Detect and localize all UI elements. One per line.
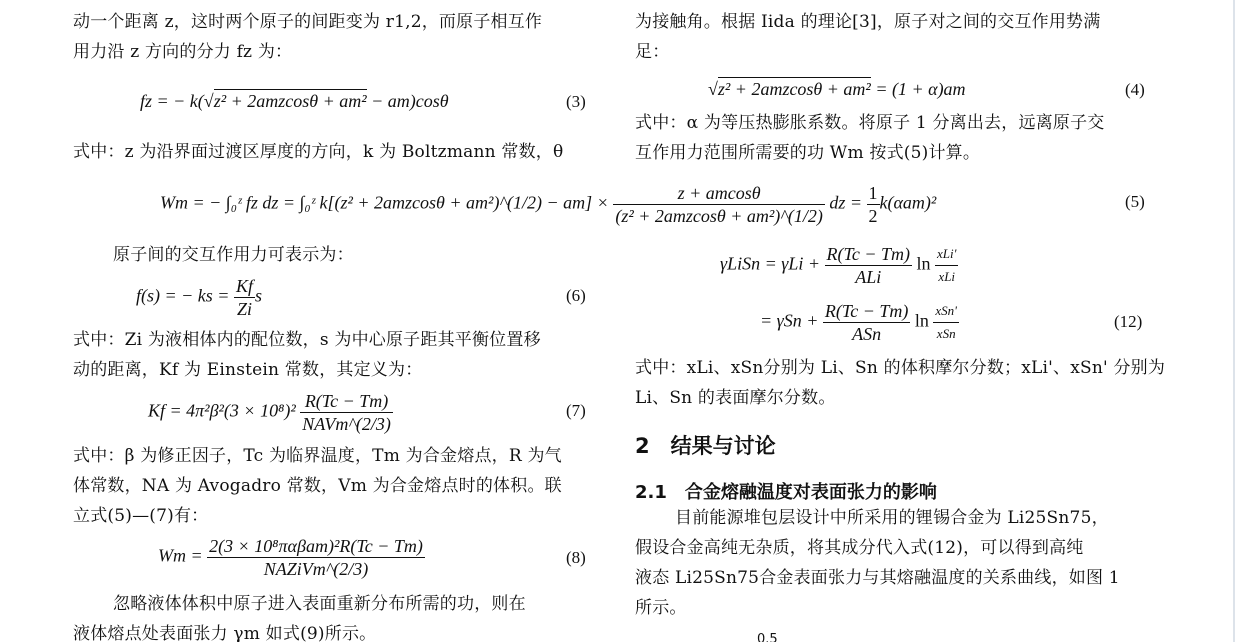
eq3-rhs: − am)cosθ	[367, 91, 449, 111]
eq12-l1-lnnum: xLi'	[935, 243, 958, 266]
left-para6-line2: 液体熔点处表面张力 γm 如式(9)所示。	[73, 624, 376, 642]
eq3-sqrt: z² + 2amzcosθ + am²	[214, 89, 367, 111]
equation-5: Wm = − ∫₀ᶻ fz dz = ∫₀ᶻ k[(z² + 2amzcosθ …	[160, 182, 936, 227]
equation-12-line2: = γSn + R(Tc − Tm) ASn ln xSn' xSn	[760, 300, 959, 345]
eq7-lhs: Kf = 4π²β²(3 × 10⁸)²	[148, 401, 300, 421]
eq12-l2-num: R(Tc − Tm)	[823, 300, 911, 323]
eq6-den: Zi	[234, 298, 255, 320]
eq6-num: Kf	[234, 275, 255, 298]
eq12-l1-lnden: xLi	[935, 266, 958, 288]
eq5-part2: dz =	[825, 193, 867, 213]
eq7-den: NAVm^(2/3)	[300, 413, 393, 435]
eq12-l1-lhs: γLiSn = γLi +	[720, 254, 825, 274]
right-para1-line1: 为接触角。根据 Iida 的理论[3]，原子对之间的交互作用势满	[635, 12, 1100, 32]
left-para4-line2: 动的距离，Kf 为 Einstein 常数，其定义为：	[73, 360, 422, 380]
eq5-fraction: z + amcosθ (z² + 2amzcosθ + am²)^(1/2)	[613, 182, 825, 227]
eq6-number: (6)	[566, 286, 586, 306]
eq4-rhs: = (1 + α)am	[871, 79, 966, 99]
figure-axis-tick-partial: 0.5	[757, 632, 778, 642]
eq12-l2-lnden: xSn	[933, 323, 959, 345]
eq3-number: (3)	[566, 92, 586, 112]
eq5-num: z + amcosθ	[613, 182, 825, 205]
eq12-l1-lnfrac: xLi' xLi	[935, 243, 958, 288]
eq12-l2-fraction: R(Tc − Tm) ASn	[823, 300, 911, 345]
eq12-l1-fraction: R(Tc − Tm) ALi	[825, 243, 913, 288]
eq4-number: (4)	[1125, 80, 1145, 100]
right-para2-line2: 互作用力范围所需要的功 Wm 按式(5)计算。	[635, 143, 980, 163]
eq3-lhs: fz = − k(	[140, 91, 204, 111]
eq7-num: R(Tc − Tm)	[300, 390, 393, 413]
right-para3-line2: Li、Sn 的表面摩尔分数。	[635, 388, 836, 408]
left-para1-line2: 用力沿 z 方向的分力 fz 为：	[73, 42, 292, 62]
eq5-half: 1 2	[867, 182, 880, 227]
subsection-heading: 2.1 合金熔融温度对表面张力的影响	[635, 478, 937, 504]
left-para3: 原子间的交互作用力可表示为：	[113, 245, 354, 265]
eq6-fraction: Kf Zi	[234, 275, 255, 320]
eq12-l2-lhs: = γSn +	[760, 311, 823, 331]
left-para6-line1: 忽略液体体积中原子进入表面重新分布所需的功，则在	[113, 594, 526, 614]
left-para5-line2: 体常数，NA 为 Avogadro 常数，Vm 为合金熔点时的体积。联	[73, 476, 562, 496]
eq4-sqrt: z² + 2amzcosθ + am²	[718, 77, 871, 99]
eq12-l2-lnfrac: xSn' xSn	[933, 300, 959, 345]
right-para2-line1: 式中：α 为等压热膨胀系数。将原子 1 分离出去，远离原子交	[635, 113, 1105, 133]
eq5-part3: k(αam)²	[880, 193, 937, 213]
eq12-l1-den: ALi	[825, 266, 913, 288]
eq5-half-num: 1	[867, 182, 880, 205]
eq8-number: (8)	[566, 548, 586, 568]
right-para4-line2: 假设合金高纯无杂质，将其成分代入式(12)，可以得到高纯	[635, 538, 1084, 558]
eq8-num: 2(3 × 10⁸παβam)²R(Tc − Tm)	[207, 535, 425, 558]
left-para2-line1: 式中：z 为沿界面过渡区厚度的方向，k 为 Boltzmann 常数，θ	[73, 142, 563, 162]
eq12-l1-num: R(Tc − Tm)	[825, 243, 913, 266]
left-para5-line3: 立式(5)—(7)有：	[73, 506, 208, 526]
eq6-lhs: f(s) = − ks =	[136, 286, 234, 306]
left-para5-line1: 式中：β 为修正因子，Tc 为临界温度，Tm 为合金熔点，R 为气	[73, 446, 562, 466]
right-para1-line2: 足：	[635, 42, 669, 62]
equation-8: Wm = 2(3 × 10⁸παβam)²R(Tc − Tm) NAZiVm^(…	[158, 535, 425, 580]
eq8-den: NAZiVm^(2/3)	[207, 558, 425, 580]
eq12-number: (12)	[1114, 312, 1142, 332]
eq7-number: (7)	[566, 401, 586, 421]
left-para4-line1: 式中：Zi 为液相体内的配位数，s 为中心原子距其平衡位置移	[73, 330, 541, 350]
right-para3-line1: 式中：xLi、xSn分别为 Li、Sn 的体积摩尔分数；xLi'、xSn' 分别…	[635, 358, 1165, 378]
right-para4-line4: 所示。	[635, 598, 687, 618]
equation-4: √z² + 2amzcosθ + am² = (1 + α)am	[708, 78, 966, 100]
left-para1-line1: 动一个距离 z，这时两个原子的间距变为 r1,2，而原子相互作	[73, 12, 542, 32]
equation-7: Kf = 4π²β²(3 × 10⁸)² R(Tc − Tm) NAVm^(2/…	[148, 390, 393, 435]
eq6-tail: s	[255, 286, 262, 306]
eq5-half-den: 2	[867, 205, 880, 227]
right-para4-line3: 液态 Li25Sn75合金表面张力与其熔融温度的关系曲线，如图 1	[635, 568, 1120, 588]
eq7-fraction: R(Tc − Tm) NAVm^(2/3)	[300, 390, 393, 435]
eq12-l2-lnnum: xSn'	[933, 300, 959, 323]
paper-page: 动一个距离 z，这时两个原子的间距变为 r1,2，而原子相互作 用力沿 z 方向…	[0, 0, 1235, 642]
eq8-fraction: 2(3 × 10⁸παβam)²R(Tc − Tm) NAZiVm^(2/3)	[207, 535, 425, 580]
section-heading: 2 结果与讨论	[635, 430, 776, 460]
equation-3: fz = − k(√z² + 2amzcosθ + am² − am)cosθ	[140, 90, 449, 112]
eq5-part1: Wm = − ∫₀ᶻ fz dz = ∫₀ᶻ k[(z² + 2amzcosθ …	[160, 193, 613, 213]
equation-12-line1: γLiSn = γLi + R(Tc − Tm) ALi ln xLi' xLi	[720, 243, 958, 288]
right-para4-line1: 目前能源堆包层设计中所采用的锂锡合金为 Li25Sn75，	[675, 508, 1109, 528]
eq5-den: (z² + 2amzcosθ + am²)^(1/2)	[613, 205, 825, 227]
eq8-lhs: Wm =	[158, 546, 207, 566]
equation-6: f(s) = − ks = Kf Zi s	[136, 275, 262, 320]
eq12-l2-ln: ln	[910, 311, 933, 331]
eq12-l2-den: ASn	[823, 323, 911, 345]
eq12-l1-ln: ln	[912, 254, 935, 274]
eq5-number: (5)	[1125, 192, 1145, 212]
